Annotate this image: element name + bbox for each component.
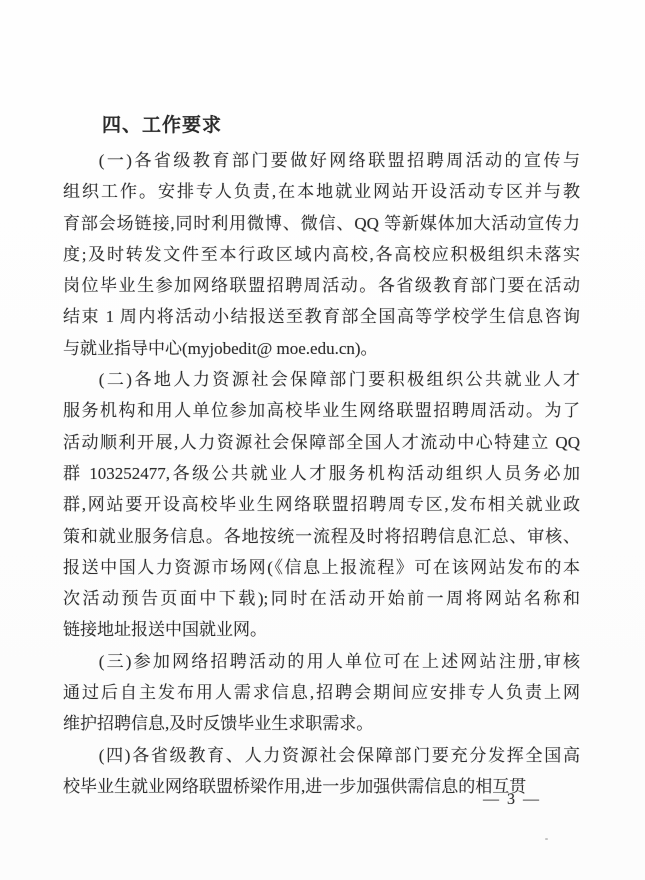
text-line: 活动顺利开展,人力资源社会保障部全国人才流动中心特建立 QQ bbox=[63, 427, 580, 458]
text-line: (二)各地人力资源社会保障部门要积极组织公共就业人才 bbox=[63, 364, 580, 395]
paragraph: (二)各地人力资源社会保障部门要积极组织公共就业人才服务机构和用人单位参加高校毕… bbox=[63, 364, 580, 646]
text-line: 通过后自主发布用人需求信息,招聘会期间应安排专人负责上网 bbox=[63, 677, 580, 708]
text-line: 育部会场链接,同时利用微博、微信、QQ 等新媒体加大活动宣传力 bbox=[63, 208, 580, 239]
text-line: 与就业指导中心(myjobedit@ moe.edu.cn)。 bbox=[63, 333, 580, 364]
text-line: (三)参加网络招聘活动的用人单位可在上述网站注册,审核 bbox=[63, 646, 580, 677]
document-body: (一)各省级教育部门要做好网络联盟招聘周活动的宣传与组织工作。安排专人负责,在本… bbox=[63, 145, 580, 802]
paragraph: (一)各省级教育部门要做好网络联盟招聘周活动的宣传与组织工作。安排专人负责,在本… bbox=[63, 145, 580, 364]
text-line: 结束 1 周内将活动小结报送至教育部全国高等学校学生信息咨询 bbox=[63, 301, 580, 332]
text-line: 群 103252477,各级公共就业人才服务机构活动组织人员务必加 bbox=[63, 458, 580, 489]
text-line: 服务机构和用人单位参加高校毕业生网络联盟招聘周活动。为了 bbox=[63, 395, 580, 426]
text-line: 报送中国人力资源市场网(《信息上报流程》可在该网站发布的本 bbox=[63, 552, 580, 583]
text-line: 组织工作。安排专人负责,在本地就业网站开设活动专区并与教 bbox=[63, 176, 580, 207]
text-line: 链接地址报送中国就业网。 bbox=[63, 614, 580, 645]
text-line: (一)各省级教育部门要做好网络联盟招聘周活动的宣传与 bbox=[63, 145, 580, 176]
text-line: 群,网站要开设高校毕业生网络联盟招聘周专区,发布相关就业政 bbox=[63, 489, 580, 520]
text-line: 维护招聘信息,及时反馈毕业生求职需求。 bbox=[63, 708, 580, 739]
paragraph: (三)参加网络招聘活动的用人单位可在上述网站注册,审核通过后自主发布用人需求信息… bbox=[63, 646, 580, 740]
text-line: 策和就业服务信息。各地按统一流程及时将招聘信息汇总、审核、 bbox=[63, 521, 580, 552]
text-line: 岗位毕业生参加网络联盟招聘周活动。各省级教育部门要在活动 bbox=[63, 270, 580, 301]
text-line: 次活动预告页面中下载);同时在活动开始前一周将网站名称和 bbox=[63, 583, 580, 614]
section-heading: 四、工作要求 bbox=[63, 111, 580, 139]
text-line: (四)各省级教育、人力资源社会保障部门要充分发挥全国高 bbox=[63, 740, 580, 771]
scan-speck bbox=[545, 838, 548, 840]
page-number: — 3 — bbox=[483, 791, 543, 809]
text-line: 度;及时转发文件至本行政区域内高校,各高校应积极组织未落实 bbox=[63, 239, 580, 270]
document-page: 四、工作要求 (一)各省级教育部门要做好网络联盟招聘周活动的宣传与组织工作。安排… bbox=[0, 0, 645, 880]
